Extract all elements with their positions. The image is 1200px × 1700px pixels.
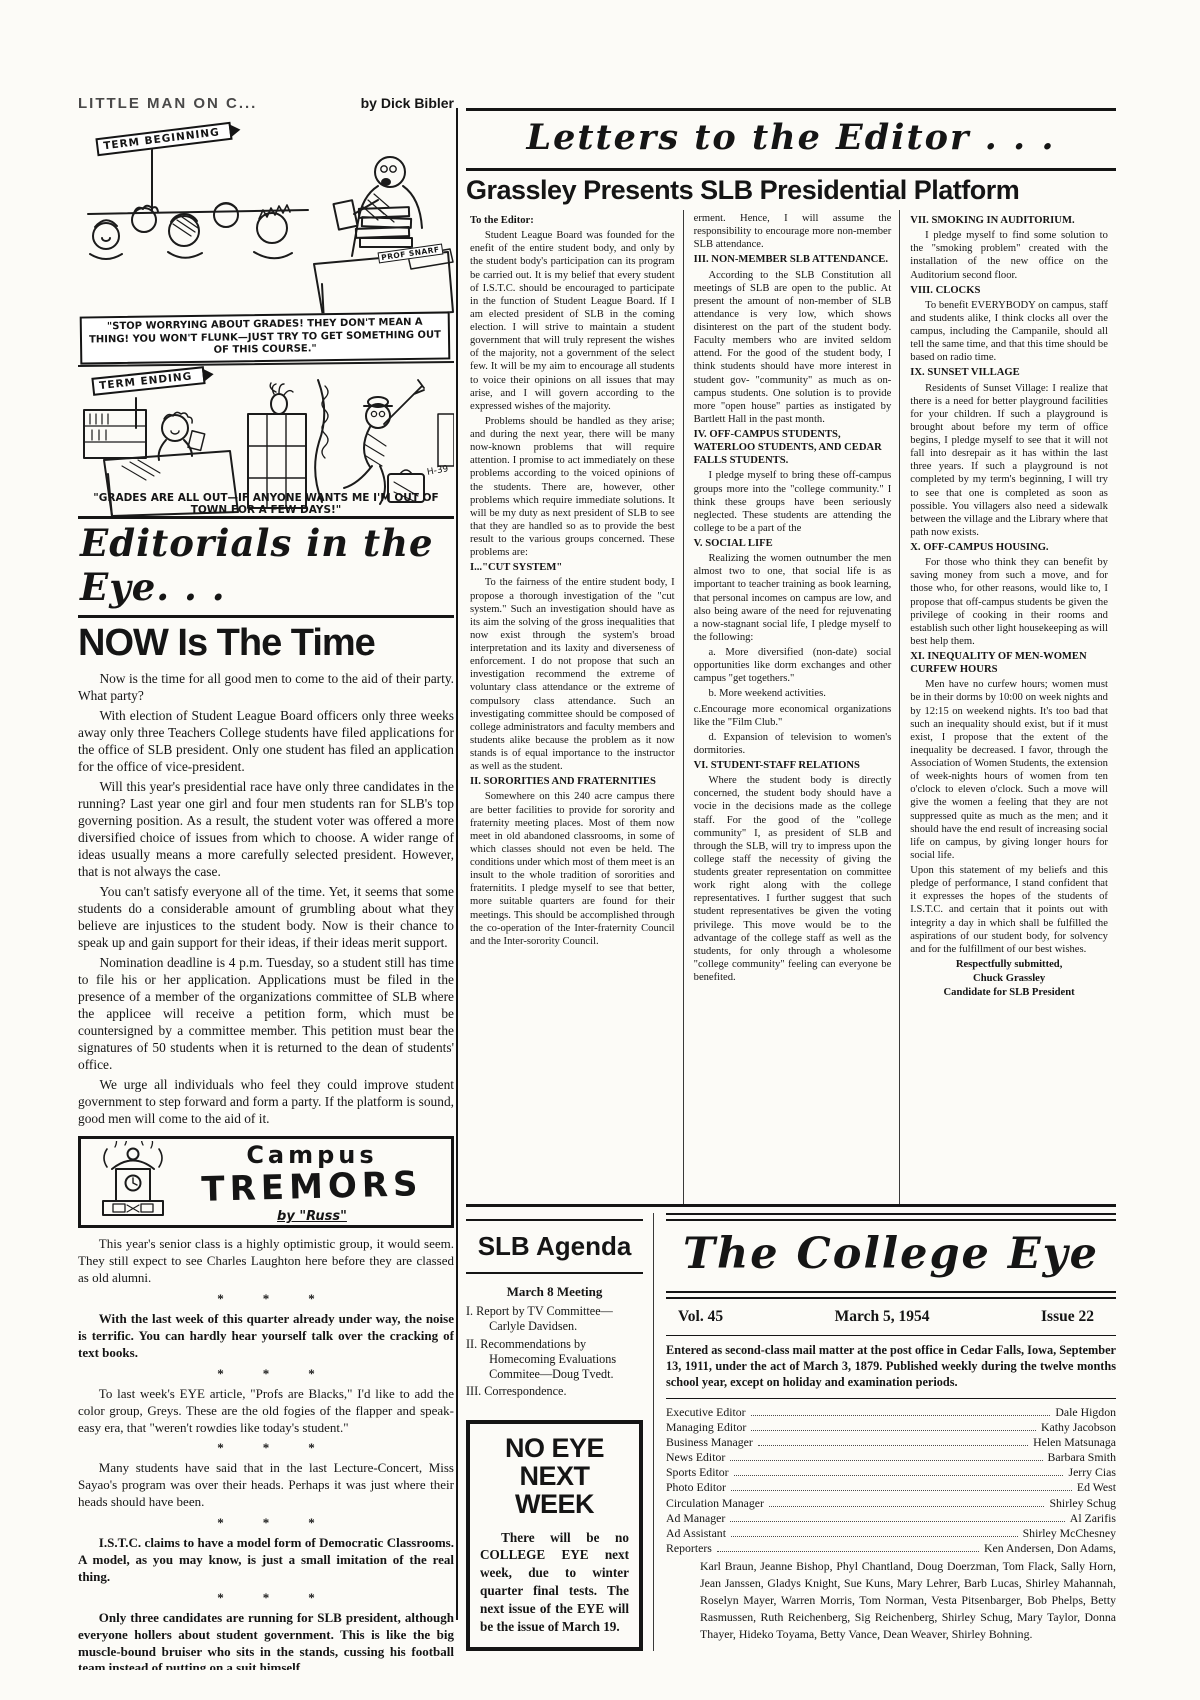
bottom-left-subcolumn: SLB Agenda March 8 Meeting I. Report by … — [466, 1213, 654, 1651]
cartoon-byline: by Dick Bibler — [361, 95, 454, 111]
staff-list: Executive EditorDale HigdonManaging Edit… — [666, 1405, 1116, 1556]
slb-agenda-meeting: March 8 Meeting — [466, 1284, 643, 1300]
no-eye-title: NO EYE NEXT WEEK — [480, 1434, 629, 1519]
staff-row: ReportersKen Andersen, Don Adams, — [666, 1541, 1116, 1556]
staff-role: Executive Editor — [666, 1405, 746, 1420]
staff-name: Shirley Schug — [1049, 1496, 1116, 1511]
divider-rule — [78, 615, 454, 618]
paragraph: erment. Hence, I will assume the respons… — [694, 212, 892, 251]
cartoon-caption-1: "STOP WORRYING ABOUT GRADES! THEY DON'T … — [80, 311, 451, 364]
paragraph: Respectfully submitted, — [910, 958, 1108, 971]
double-rule — [666, 1213, 1116, 1221]
tremors-item: With the last week of this quarter alrea… — [78, 1311, 454, 1362]
dot-leader — [731, 1536, 1018, 1537]
slb-agenda-items: I. Report by TV Committee—Carlyle Davids… — [466, 1304, 643, 1400]
staff-row: Circulation ManagerShirley Schug — [666, 1496, 1116, 1511]
sub-heading: IX. SUNSET VILLAGE — [910, 366, 1108, 379]
tremors-item: Only three candidates are running for SL… — [78, 1610, 454, 1670]
paragraph: To the fairness of the entire student bo… — [470, 576, 675, 773]
tremors-item: Many students have said that in the last… — [78, 1460, 454, 1511]
newspaper-page: LITTLE MAN ON C... by Dick Bibler — [0, 0, 1200, 1700]
staff-role: Sports Editor — [666, 1465, 729, 1480]
sub-heading: To the Editor: — [470, 214, 675, 227]
dot-leader — [717, 1551, 979, 1552]
staff-name: Al Zarifis — [1070, 1511, 1116, 1526]
staff-name: Ed West — [1077, 1480, 1116, 1495]
dot-leader — [751, 1415, 1051, 1416]
letter-column-1: To the Editor:Student League Board was f… — [466, 210, 683, 1204]
paragraph: c.Encourage more economical organization… — [694, 703, 892, 729]
paragraph: b. More weekend activities. — [694, 687, 892, 700]
sub-heading: IV. OFF-CAMPUS STUDENTS, WATERLOO STUDEN… — [694, 428, 892, 467]
issue-date: March 5, 1954 — [835, 1308, 930, 1326]
staff-row: Managing EditorKathy Jacobson — [666, 1420, 1116, 1435]
masthead-title: The College Eye — [666, 1221, 1116, 1291]
divider-rule — [666, 1335, 1116, 1336]
staff-name: Barbara Smith — [1048, 1450, 1116, 1465]
paragraph: Men have no curfew hours; women must be … — [910, 678, 1108, 862]
cartoon-strip-title: LITTLE MAN ON C... — [78, 95, 257, 112]
paragraph: According to the SLB Constitution all me… — [694, 269, 892, 427]
slb-agenda-title: SLB Agenda — [466, 1219, 643, 1274]
sub-heading: X. OFF-CAMPUS HOUSING. — [910, 541, 1108, 554]
staff-row: Business ManagerHelen Matsunaga — [666, 1435, 1116, 1450]
paragraph: Problems should be handled as they arise… — [470, 415, 675, 559]
asterisk-separator: * * * — [78, 1440, 454, 1456]
paragraph: I pledge myself to find some solution to… — [910, 229, 1108, 282]
dot-leader — [734, 1475, 1064, 1476]
editorial-headline: NOW Is The Time — [78, 624, 454, 662]
paragraph: Upon this statement of my beliefs and th… — [910, 864, 1108, 956]
staff-row: Sports EditorJerry Cias — [666, 1465, 1116, 1480]
no-eye-body: There will be no COLLEGE EYE next week, … — [480, 1529, 629, 1636]
staff-name: Helen Matsunaga — [1033, 1435, 1116, 1450]
staff-role: Reporters — [666, 1541, 712, 1556]
editorial-body: Now is the time for all good men to come… — [78, 670, 454, 1127]
dot-leader — [731, 1490, 1072, 1491]
left-column: LITTLE MAN ON C... by Dick Bibler — [78, 95, 454, 1670]
tremors-item: This year's senior class is a highly opt… — [78, 1236, 454, 1287]
masthead-entered-notice: Entered as second-class mail matter at t… — [666, 1343, 1116, 1391]
reporters-continued: Karl Braun, Jeanne Bishop, Phyl Chantlan… — [700, 1558, 1116, 1643]
staff-role: Photo Editor — [666, 1480, 726, 1495]
divider-rule — [666, 1398, 1116, 1399]
tremors-items: This year's senior class is a highly opt… — [78, 1236, 454, 1670]
sub-heading: VIII. CLOCKS — [910, 284, 1108, 297]
staff-row: Executive EditorDale Higdon — [666, 1405, 1116, 1420]
paragraph: With election of Student League Board of… — [78, 707, 454, 775]
letter-columns: To the Editor:Student League Board was f… — [466, 210, 1116, 1204]
volume-number: Vol. 45 — [678, 1308, 723, 1326]
paragraph: We urge all individuals who feel they co… — [78, 1076, 454, 1127]
staff-name: Dale Higdon — [1055, 1405, 1116, 1420]
staff-name: Ken Andersen, Don Adams, — [984, 1541, 1116, 1556]
dot-leader — [751, 1430, 1036, 1431]
agenda-item: II. Recommendations by Homecoming Evalua… — [466, 1337, 643, 1383]
paragraph: Realizing the women outnumber the men al… — [694, 552, 892, 644]
cartoon-caption-2: "GRADES ARE ALL OUT—IF ANYONE WANTS ME I… — [78, 492, 454, 516]
letter-headline: Grassley Presents SLB Presidential Platf… — [466, 177, 1116, 204]
paragraph: I pledge myself to bring these off-campu… — [694, 469, 892, 535]
asterisk-separator: * * * — [78, 1366, 454, 1382]
sub-heading: VI. STUDENT-STAFF RELATIONS — [694, 759, 892, 772]
asterisk-separator: * * * — [78, 1515, 454, 1531]
masthead-vol-row: Vol. 45 March 5, 1954 Issue 22 — [666, 1299, 1116, 1335]
dot-leader — [730, 1460, 1042, 1461]
dot-leader — [758, 1445, 1028, 1446]
campanile-icon — [87, 1141, 179, 1223]
paragraph: For those who think they can benefit by … — [910, 556, 1108, 648]
tremors-titles: Campus TREMORS by "Russ" — [179, 1141, 445, 1224]
staff-row: Photo EditorEd West — [666, 1480, 1116, 1495]
dot-leader — [730, 1521, 1065, 1522]
tremors-item: To last week's EYE article, "Profs are B… — [78, 1386, 454, 1437]
staff-role: News Editor — [666, 1450, 725, 1465]
paragraph: Candidate for SLB President — [910, 986, 1108, 999]
paragraph: Will this year's presidential race have … — [78, 778, 454, 880]
staff-row: Ad AssistantShirley McChesney — [666, 1526, 1116, 1541]
staff-name: Kathy Jacobson — [1041, 1420, 1116, 1435]
staff-role: Managing Editor — [666, 1420, 746, 1435]
staff-role: Ad Manager — [666, 1511, 725, 1526]
staff-name: Shirley McChesney — [1023, 1526, 1116, 1541]
no-eye-notice-box: NO EYE NEXT WEEK There will be no COLLEG… — [466, 1420, 643, 1652]
letters-section-title: Letters to the Editor . . . — [466, 111, 1116, 168]
bottom-area: SLB Agenda March 8 Meeting I. Report by … — [466, 1213, 1116, 1651]
sub-heading: VII. SMOKING IN AUDITORIUM. — [910, 214, 1108, 227]
paragraph: Chuck Grassley — [910, 972, 1108, 985]
paragraph: Somewhere on this 240 acre campus there … — [470, 790, 675, 948]
double-rule — [666, 1291, 1116, 1299]
letter-column-2: erment. Hence, I will assume the respons… — [683, 210, 900, 1204]
staff-name: Jerry Cias — [1068, 1465, 1116, 1480]
paragraph: Student League Board was founded for the… — [470, 229, 675, 413]
dot-leader — [769, 1506, 1045, 1507]
divider-rule — [466, 168, 1116, 171]
masthead: The College Eye Vol. 45 March 5, 1954 Is… — [654, 1213, 1116, 1651]
staff-role: Business Manager — [666, 1435, 753, 1450]
sub-heading: XI. INEQUALITY OF MEN-WOMEN CURFEW HOURS — [910, 650, 1108, 676]
sub-heading: III. NON-MEMBER SLB ATTENDANCE. — [694, 253, 892, 266]
paragraph: a. More diversified (non-date) social op… — [694, 646, 892, 685]
sub-heading: I..."CUT SYSTEM" — [470, 561, 675, 574]
divider-rule — [466, 1204, 1116, 1207]
staff-row: News EditorBarbara Smith — [666, 1450, 1116, 1465]
right-region: Letters to the Editor . . . Grassley Pre… — [466, 108, 1116, 1628]
issue-number: Issue 22 — [1041, 1308, 1094, 1326]
sub-heading: II. SORORITIES AND FRATERNITIES — [470, 775, 675, 788]
cartoon-strip: TERM BEGINNING PROF SNARF "STOP WORRYING… — [78, 114, 454, 516]
letter-column-3: VII. SMOKING IN AUDITORIUM.I pledge myse… — [899, 210, 1116, 1204]
staff-role: Circulation Manager — [666, 1496, 764, 1511]
paragraph: To benefit EVERYBODY on campus, staff an… — [910, 299, 1108, 365]
sub-heading: V. SOCIAL LIFE — [694, 537, 892, 550]
campus-tremors-box: Campus TREMORS by "Russ" — [78, 1136, 454, 1228]
cartoon-header: LITTLE MAN ON C... by Dick Bibler — [78, 95, 454, 112]
paragraph: d. Expansion of television to women's do… — [694, 731, 892, 757]
column-divider — [456, 108, 458, 1620]
paragraph: Residents of Sunset Village: I realize t… — [910, 382, 1108, 540]
asterisk-separator: * * * — [78, 1590, 454, 1606]
staff-row: Ad ManagerAl Zarifis — [666, 1511, 1116, 1526]
paragraph: You can't satisfy everyone all of the ti… — [78, 883, 454, 951]
tremors-title-tremors: TREMORS — [179, 1163, 446, 1210]
agenda-item: III. Correspondence. — [466, 1384, 643, 1399]
tremors-item: I.S.T.C. claims to have a model form of … — [78, 1535, 454, 1586]
asterisk-separator: * * * — [78, 1291, 454, 1307]
tremors-byline: by "Russ" — [179, 1209, 445, 1224]
staff-role: Ad Assistant — [666, 1526, 726, 1541]
paragraph: Nomination deadline is 4 p.m. Tuesday, s… — [78, 954, 454, 1073]
agenda-item: I. Report by TV Committee—Carlyle Davids… — [466, 1304, 643, 1335]
editorials-section-title: Editorials in the Eye. . . — [78, 519, 454, 615]
paragraph: Where the student body is directly conce… — [694, 774, 892, 984]
paragraph: Now is the time for all good men to come… — [78, 670, 454, 704]
